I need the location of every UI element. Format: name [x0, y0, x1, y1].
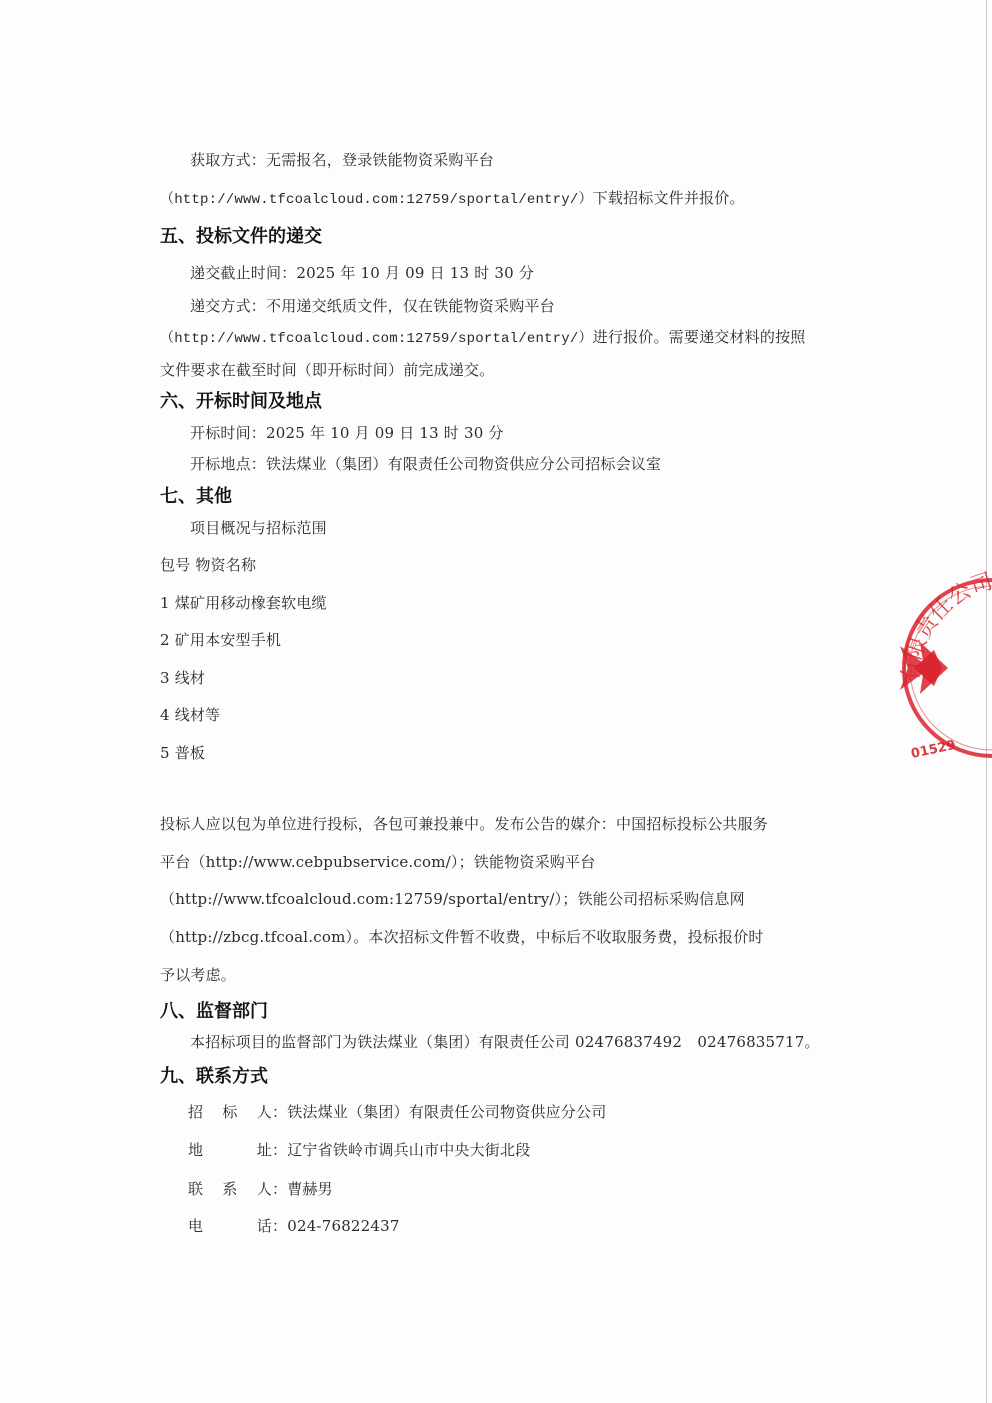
package-table-header: 包号 物资名称 — [160, 555, 256, 575]
section-7-title: 七、其他 — [160, 486, 232, 508]
package-name: 普板 — [175, 744, 205, 762]
package-number: 1 — [160, 594, 170, 612]
submission-url: （http://www.tfcoalcloud.com:12759/sporta… — [160, 331, 593, 347]
package-number: 2 — [160, 631, 170, 649]
package-name: 线材 — [175, 669, 205, 687]
contact-value: 铁法煤业（集团）有限责任公司物资供应分公司 — [287, 1103, 606, 1121]
official-seal-stamp: 有限责任公司 01529 — [900, 568, 992, 768]
package-number: 4 — [160, 706, 170, 724]
project-overview-subtitle: 项目概况与招标范围 — [190, 518, 327, 538]
section-6-title: 六、开标时间及地点 — [160, 391, 322, 413]
media-paragraph-line1: 投标人应以包为单位进行投标，各包可兼投兼中。发布公告的媒介：中国招标投标公共服务 — [160, 814, 768, 834]
media-paragraph-line5: 予以考虑。 — [160, 965, 236, 985]
section-5-title: 五、投标文件的递交 — [160, 226, 322, 248]
contact-value: 024-76822437 — [287, 1217, 399, 1235]
contact-row-tenderer: 招标人：铁法煤业（集团）有限责任公司物资供应分公司 — [188, 1102, 606, 1122]
package-number: 5 — [160, 744, 170, 762]
package-name: 煤矿用移动橡套软电缆 — [175, 594, 327, 612]
submission-method-line2: （http://www.tfcoalcloud.com:12759/sporta… — [160, 327, 805, 349]
bid-opening-place: 开标地点：铁法煤业（集团）有限责任公司物资供应分公司招标会议室 — [190, 454, 661, 474]
package-row: 3 线材 — [160, 668, 205, 688]
contact-row-person: 联系人：曹赫男 — [188, 1179, 333, 1199]
submission-method-line1: 递交方式：不用递交纸质文件，仅在铁能物资采购平台 — [190, 296, 555, 316]
package-row: 2 矿用本安型手机 — [160, 630, 281, 650]
obtain-method-line: 获取方式：无需报名，登录铁能物资采购平台 — [190, 150, 494, 170]
contact-label: 招标人 — [188, 1102, 272, 1122]
package-row: 4 线材等 — [160, 705, 220, 725]
obtain-url-suffix: 下载招标文件并报价。 — [593, 189, 745, 207]
contact-value: 辽宁省铁岭市调兵山市中央大街北段 — [287, 1141, 530, 1159]
section-8-title: 八、监督部门 — [160, 1001, 268, 1023]
contact-label: 电话 — [188, 1216, 272, 1236]
section-9-title: 九、联系方式 — [160, 1066, 268, 1088]
media-paragraph-line3: （http://www.tfcoalcloud.com:12759/sporta… — [160, 889, 745, 909]
contact-value: 曹赫男 — [287, 1180, 333, 1198]
obtain-url-line: （http://www.tfcoalcloud.com:12759/sporta… — [160, 188, 745, 210]
package-name: 线材等 — [175, 706, 221, 724]
bid-opening-time: 开标时间：2025 年 10 月 09 日 13 时 30 分 — [190, 423, 504, 443]
contact-label: 地址 — [188, 1140, 272, 1160]
package-row: 5 普板 — [160, 743, 205, 763]
package-name: 矿用本安型手机 — [175, 631, 281, 649]
media-paragraph-line2: 平台（http://www.cebpubservice.com/）；铁能物资采购… — [160, 852, 595, 872]
supervision-text: 本招标项目的监督部门为铁法煤业（集团）有限责任公司 02476837492 02… — [190, 1032, 820, 1052]
submission-deadline: 递交截止时间：2025 年 10 月 09 日 13 时 30 分 — [190, 263, 534, 283]
contact-row-phone: 电话：024-76822437 — [188, 1216, 400, 1236]
obtain-url: （http://www.tfcoalcloud.com:12759/sporta… — [160, 192, 593, 208]
contact-row-address: 地址：辽宁省铁岭市调兵山市中央大街北段 — [188, 1140, 530, 1160]
stamp-number: 01529 — [910, 738, 957, 762]
package-row: 1 煤矿用移动橡套软电缆 — [160, 593, 327, 613]
document-page: 获取方式：无需报名，登录铁能物资采购平台 （http://www.tfcoalc… — [0, 0, 992, 1403]
contact-label: 联系人 — [188, 1179, 272, 1199]
package-number: 3 — [160, 669, 170, 687]
submission-method-line3: 文件要求在截至时间（即开标时间）前完成递交。 — [160, 360, 494, 380]
submission-method-line2-text: 进行报价。需要递交材料的按照 — [593, 328, 806, 346]
media-paragraph-line4: （http://zbcg.tfcoal.com）。本次招标文件暂不收费，中标后不… — [160, 927, 764, 947]
